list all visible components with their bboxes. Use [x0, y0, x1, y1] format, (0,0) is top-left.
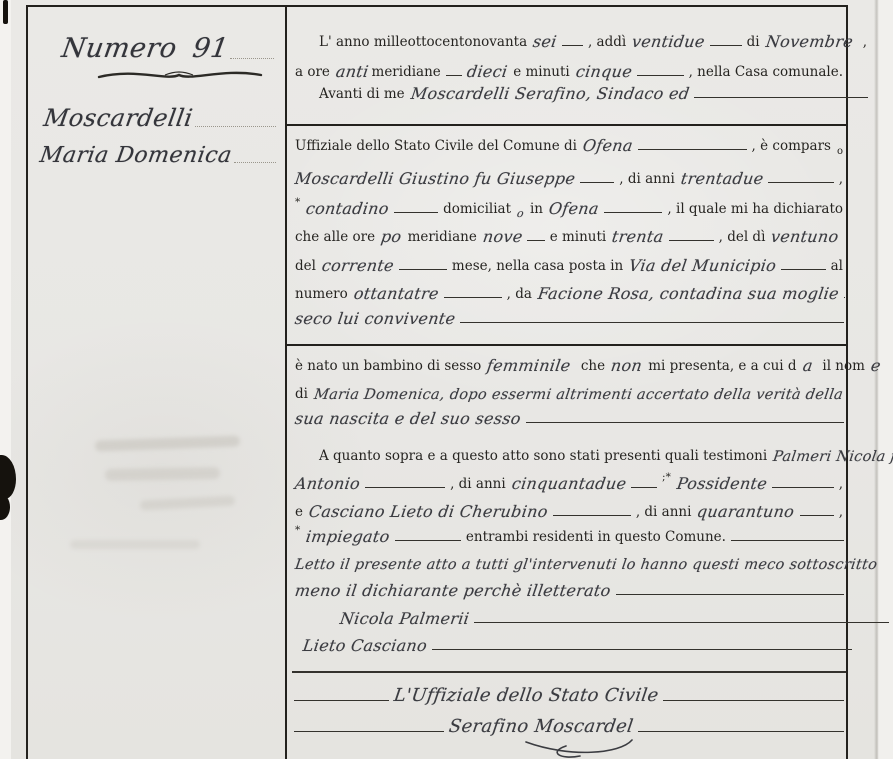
ink-showthrough-smudge [105, 467, 220, 481]
handwritten-entry: Facione Rosa, contadina sua moglie [534, 284, 844, 303]
fill-line [768, 182, 833, 183]
printed-text: del [292, 258, 319, 274]
printed-text: , [836, 171, 846, 187]
line-sex-and-name: è nato un bambino di sesso femminile che… [292, 352, 846, 376]
line-official-name: Avanti di me Moscardelli Serafino, Sinda… [292, 80, 870, 104]
handwritten-entry: Antonio [291, 474, 365, 493]
handwritten-entry: non [607, 356, 647, 375]
fill-line [527, 240, 544, 241]
handwritten-entry: sua nascita e del suo sesso [291, 409, 526, 428]
handwritten-entry: anti [332, 62, 373, 81]
fill-line [432, 649, 852, 650]
fill-line [669, 240, 714, 241]
official-title: L'Uffiziale dello Stato Civile [390, 685, 663, 706]
ink-showthrough-smudge [70, 540, 200, 549]
fill-line [446, 75, 462, 76]
printed-text: e minuti [510, 64, 573, 80]
handwritten-entry: seco lui convivente [291, 309, 460, 328]
handwritten-signature: Nicola Palmerii [336, 609, 474, 628]
handwritten-entry: Palmeri Nicola fu [769, 449, 893, 465]
printed-text: meridiane [372, 64, 444, 80]
fill-line [638, 149, 747, 150]
printed-text: A quanto sopra e a questo atto sono stat… [316, 448, 770, 464]
dotted-fill [195, 126, 276, 127]
printed-text: , il quale mi ha dichiarato [664, 201, 846, 217]
handwritten-entry: cinque [571, 62, 636, 81]
printed-text: e minuti [547, 229, 610, 245]
line-birth-verified: sua nascita e del suo sesso [292, 405, 846, 429]
line-read-aloud: Letto il presente atto a tutti gl'interv… [292, 550, 846, 574]
registrant-surname: Moscardelli [42, 104, 195, 132]
fill-line [395, 540, 461, 541]
printed-text: , è compars [749, 138, 834, 154]
section-separator-2 [286, 344, 846, 346]
handwritten-entry: e [867, 356, 885, 375]
footnote-asterisk: * [292, 196, 303, 208]
printed-text: di [292, 386, 311, 402]
printed-text: , [860, 34, 870, 50]
fill-line [474, 622, 889, 623]
scan-artifact-dash [3, 0, 8, 24]
printed-text: , di anni [633, 504, 695, 520]
handwritten-entry: dieci [462, 62, 511, 81]
line-time: a ore anti meridiane dieci e minuti cinq… [292, 58, 846, 82]
record-number-value: 91 [190, 33, 230, 64]
line-declarant: Moscardelli Giustino fu Giuseppe , di an… [292, 165, 846, 189]
handwritten-entry: Ofena [579, 136, 638, 155]
line-child-name: di Maria Domenica, dopo essermi altrimen… [292, 380, 846, 404]
handwritten-signature: Lieto Casciano [299, 636, 432, 655]
handwritten-entry: ventidue [628, 32, 709, 51]
page-edge-right [878, 0, 893, 759]
printed-text: che [578, 358, 608, 374]
registrant-given-names-line: Maria Domenica [40, 130, 278, 168]
page-edge-left [0, 0, 11, 759]
handwritten-entry: corrente [318, 256, 399, 275]
line-illiterate-note: meno il dichiarante perchè illetterato [292, 577, 846, 601]
handwritten-entry: trentadue [677, 169, 768, 188]
line-birth-place: del corrente mese, nella casa posta in V… [292, 252, 846, 276]
scan-artifact-blob [0, 455, 16, 499]
handwritten-entry: Moscardelli Serafino, Sindaco ed [406, 84, 693, 103]
printed-text: e [292, 504, 306, 520]
line-witness2-profession: * impiegato entrambi residenti in questo… [292, 523, 846, 547]
printed-text: che alle ore [292, 229, 378, 245]
fill-line [631, 487, 657, 488]
empty-ruled-line [292, 671, 846, 673]
line-comune: Uffiziale dello Stato Civile del Comune … [292, 132, 846, 156]
printed-gender-suffix: o [834, 146, 846, 157]
official-signature: Serafino Moscardel [445, 716, 638, 737]
printed-text: , [836, 504, 846, 520]
line-witness1: Antonio , di anni cinquantadue ;* Possid… [292, 470, 846, 494]
printed-text: meridiane [405, 229, 480, 245]
printed-text: Uffiziale dello Stato Civile del Comune … [292, 138, 580, 154]
fill-line [562, 45, 583, 46]
border-left [26, 5, 28, 759]
printed-text: il nom [819, 358, 868, 374]
printed-text: al [828, 258, 846, 274]
fill-line [294, 731, 444, 732]
section-separator-1 [286, 124, 846, 126]
printed-text: , di anni [616, 171, 678, 187]
fill-line [710, 45, 742, 46]
handwritten-entry: femminile [483, 356, 575, 375]
record-number-label: Numero [60, 33, 180, 64]
line-witness2: e Casciano Lieto di Cherubino , di anni … [292, 498, 846, 522]
handwritten-entry: Possidente [672, 474, 771, 493]
handwritten-entry: Casciano Lieto di Cherubino [305, 502, 552, 521]
printed-text: di [744, 34, 763, 50]
printed-text: domiciliat [440, 201, 514, 217]
fill-line [694, 97, 868, 98]
printed-text: mi presenta, e a cui d [645, 358, 799, 374]
fill-line [800, 515, 834, 516]
handwritten-entry: Via del Municipio [625, 256, 781, 275]
dotted-fill [234, 162, 276, 163]
handwritten-entry: Letto il presente atto a tutti gl'interv… [291, 557, 881, 573]
printed-text: , del dì [716, 229, 769, 245]
signature-witness1: Nicola Palmerii [292, 605, 891, 629]
register-page: Numero 91 Moscardelli Maria Domenica L' … [0, 0, 893, 759]
printed-text: L' anno milleottocentonovanta [316, 34, 530, 50]
printed-text: , da [504, 286, 535, 302]
line-witnesses-intro: A quanto sopra e a questo atto sono stat… [292, 442, 870, 466]
printed-text: entrambi residenti in questo Comune. [463, 529, 729, 545]
line-house-number-mother: numero ottantatre , da Facione Rosa, con… [292, 280, 846, 304]
printed-text: numero [292, 286, 351, 302]
line-profession-domicile: * contadino domiciliat o in Ofena , il q… [292, 195, 846, 219]
ink-showthrough-smudge [140, 496, 235, 511]
handwritten-entry: contadino [302, 199, 394, 218]
handwritten-entry: nove [478, 227, 526, 246]
fill-line [604, 212, 663, 213]
fill-line [781, 269, 825, 270]
fill-line [553, 515, 631, 516]
fill-line [731, 540, 844, 541]
handwritten-entry: po [377, 227, 406, 246]
printed-text: è nato un bambino di sesso [292, 358, 484, 374]
handwritten-entry: Moscardelli Giustino fu Giuseppe [291, 169, 580, 188]
line-birth-time: che alle ore po meridiane nove e minuti … [292, 223, 846, 247]
footnote-asterisk: ;* [659, 471, 674, 483]
fill-line [638, 731, 844, 732]
printed-text: Avanti di me [316, 86, 408, 102]
official-signature-line: Serafino Moscardel [292, 712, 846, 738]
footnote-asterisk: * [292, 524, 303, 536]
handwritten-entry: Ofena [545, 199, 604, 218]
handwritten-entry: cinquantadue [507, 474, 630, 493]
handwritten-entry: ventuno [767, 227, 843, 246]
fill-line [616, 594, 844, 595]
signature-flourish-icon [520, 736, 640, 758]
handwritten-entry: a [798, 356, 817, 375]
record-number-line: Numero 91 [62, 22, 276, 64]
fill-line [399, 269, 447, 270]
ink-showthrough-smudge [95, 435, 240, 451]
fill-line [394, 212, 438, 213]
border-top [26, 5, 848, 7]
line-cohabiting: seco lui convivente [292, 305, 846, 329]
handwritten-entry: meno il dichiarante perchè illetterato [291, 581, 615, 600]
fill-line [772, 487, 834, 488]
printed-text: , di anni [447, 476, 509, 492]
signature-witness2: Lieto Casciano [292, 632, 854, 656]
registrant-surname-line: Moscardelli [44, 94, 278, 132]
handwritten-entry: Maria Domenica, dopo essermi altrimenti … [310, 387, 847, 403]
printed-text: in [527, 201, 546, 217]
fill-line [580, 182, 614, 183]
printed-text: , [836, 476, 846, 492]
dotted-fill [230, 58, 274, 59]
handwritten-entry: quarantuno [693, 502, 799, 521]
line-year-date: L' anno milleottocentonovanta sei , addì… [292, 28, 870, 52]
handwritten-entry: ottantatre [349, 284, 443, 303]
fill-line [294, 700, 389, 701]
handwritten-entry: trenta [608, 227, 668, 246]
printed-text: , nella Casa comunale. [686, 64, 846, 80]
fill-line [663, 700, 844, 701]
handwritten-entry: sei [529, 32, 561, 51]
handwritten-entry: Novembre [761, 32, 857, 51]
fill-line [365, 487, 445, 488]
handwritten-suffix: o [513, 207, 528, 220]
fill-line [526, 422, 844, 423]
printed-text: mese, nella casa posta in [449, 258, 626, 274]
fill-line [444, 297, 502, 298]
printed-text: , addì [585, 34, 629, 50]
registrant-given-names: Maria Domenica [38, 143, 234, 168]
fill-line [637, 75, 684, 76]
page-edge-shadow [874, 0, 879, 759]
printed-text: a ore [292, 64, 333, 80]
fill-line [460, 322, 844, 323]
handwritten-entry: impiegato [302, 527, 394, 546]
flourish-swash-icon [95, 66, 265, 84]
official-title-line: L'Uffiziale dello Stato Civile [292, 683, 846, 707]
margin-divider [285, 5, 287, 759]
